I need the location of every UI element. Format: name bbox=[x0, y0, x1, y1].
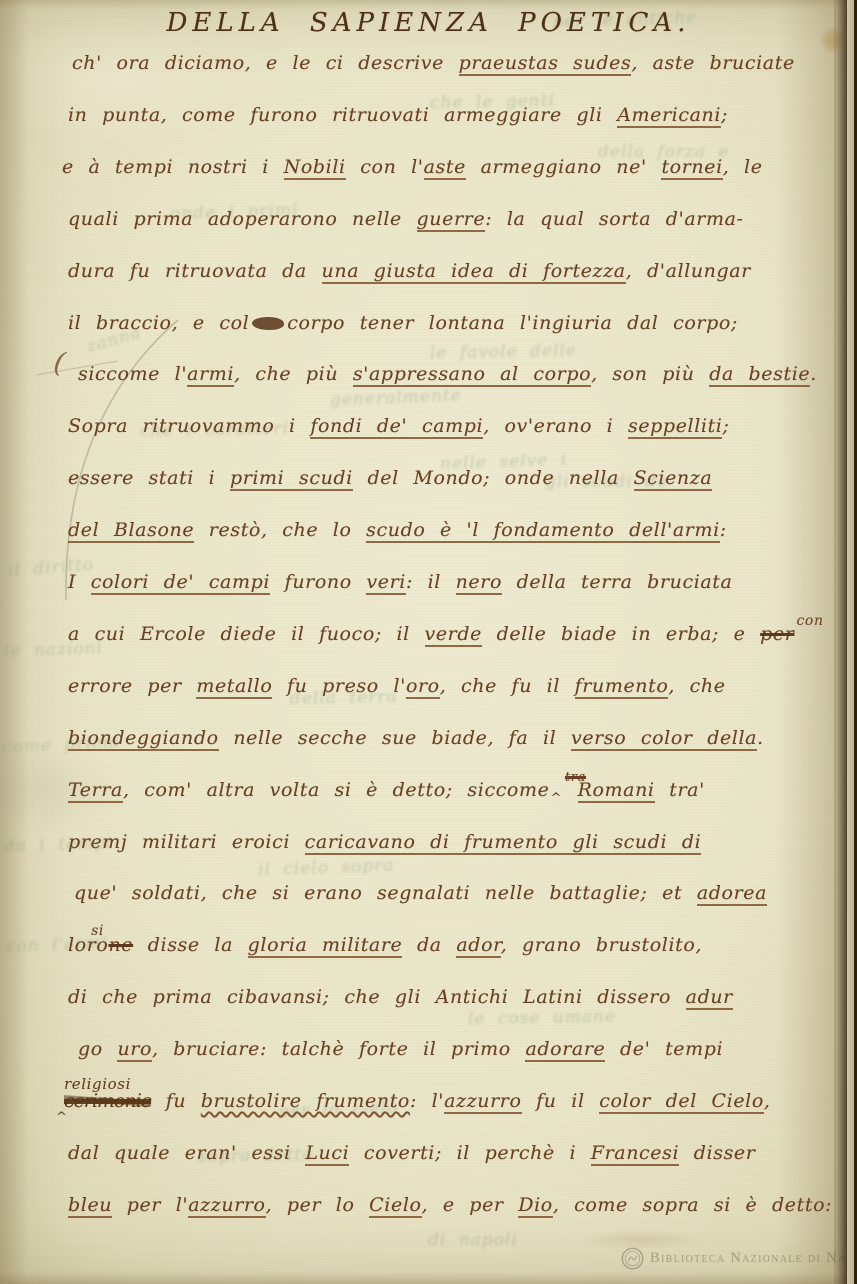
text-segment: armeggiano ne' bbox=[466, 156, 662, 178]
text-segment: una giusta idea di fortezza bbox=[322, 260, 626, 284]
text-segment: nelle secche sue biade, fa il bbox=[219, 727, 571, 749]
text-segment: a cui Ercole diede il fuoco; il bbox=[68, 623, 425, 645]
text-segment: dal quale eran' essi bbox=[68, 1142, 305, 1164]
text-segment: disse la bbox=[133, 934, 248, 956]
text-segment: colori de' campi bbox=[91, 571, 270, 595]
text-segment: Scienza bbox=[634, 467, 713, 491]
text-segment: furono bbox=[270, 571, 366, 593]
manuscript-line: a cui Ercole diede il fuoco; il verde de… bbox=[68, 623, 826, 645]
manuscript-line: go uro, bruciare: talchè forte il primo … bbox=[78, 1038, 723, 1060]
text-segment: , ov'erano i bbox=[483, 415, 628, 437]
text-segment: Francesi bbox=[591, 1142, 679, 1166]
text-segment: , son più bbox=[591, 363, 709, 385]
text-segment: il braccio, e col bbox=[68, 312, 249, 334]
text-segment: , com' altra volta si è detto; siccome bbox=[123, 779, 550, 801]
text-segment: color del Cielo bbox=[599, 1090, 764, 1114]
text-segment: del Blasone bbox=[68, 519, 194, 543]
text-segment: s'appressano al corpo bbox=[353, 363, 591, 387]
text-segment: Luci bbox=[305, 1142, 349, 1166]
manuscript-line: di che prima cibavansi; che gli Antichi … bbox=[68, 986, 733, 1008]
text-segment: per bbox=[760, 623, 794, 645]
text-segment: guerre bbox=[417, 208, 486, 232]
text-segment: da bestie bbox=[709, 363, 810, 387]
manuscript-line: Terra, com' altra volta si è detto; sicc… bbox=[68, 779, 705, 801]
text-segment: nero bbox=[456, 571, 502, 595]
text-segment: , come sopra si è detto: bbox=[553, 1194, 832, 1216]
text-segment: tornei bbox=[661, 156, 722, 180]
text-segment: Terra bbox=[68, 779, 123, 803]
manuscript-line: del Blasone restò, che lo scudo è 'l fon… bbox=[68, 519, 727, 541]
library-stamp-label: Biblioteca Nazionale di Napoli bbox=[650, 1250, 857, 1267]
text-segment: ch' ora diciamo, e le ci descrive bbox=[72, 52, 459, 74]
text-segment: , che bbox=[668, 675, 725, 697]
text-segment: fu preso l' bbox=[272, 675, 406, 697]
manuscript-line: que' soldati, che si erano segnalati nel… bbox=[74, 882, 767, 904]
text-segment: , le bbox=[723, 156, 763, 178]
text-segment: , grano brustolito, bbox=[501, 934, 702, 956]
text-segment: del Mondo; onde nella bbox=[353, 467, 634, 489]
text-segment: primi scudi bbox=[230, 467, 353, 491]
text-segment: di che prima cibavansi; che gli Antichi … bbox=[68, 986, 686, 1008]
text-segment: verso color della bbox=[571, 727, 757, 751]
text-segment: Dio bbox=[518, 1194, 553, 1218]
text-segment: verde bbox=[425, 623, 482, 647]
manuscript-line: ^religiosicerimonie fu brustolire frumen… bbox=[64, 1090, 771, 1112]
text-segment: que' soldati, che si erano segnalati nel… bbox=[74, 882, 697, 904]
text-segment: bleu bbox=[68, 1194, 112, 1218]
text-segment: fu il bbox=[522, 1090, 600, 1112]
text-segment: Americani bbox=[617, 104, 721, 128]
text-segment: con l' bbox=[346, 156, 424, 178]
text-segment: , bruciare: talchè forte il primo bbox=[152, 1038, 525, 1060]
text-segment: , bbox=[764, 1090, 771, 1112]
manuscript-line: biondeggiando nelle secche sue biade, fa… bbox=[68, 727, 764, 749]
manuscript-line: premj militari eroici caricavano di frum… bbox=[68, 831, 701, 853]
text-segment: adur bbox=[686, 986, 733, 1010]
text-segment: : la qual sorta d'arma- bbox=[485, 208, 743, 230]
manuscript-line: quali prima adoperarono nelle guerre: la… bbox=[68, 208, 744, 230]
text-segment: armi bbox=[187, 363, 234, 387]
text-segment: ador bbox=[456, 934, 500, 958]
text-segment: uro bbox=[117, 1038, 152, 1062]
text-segment: go bbox=[78, 1038, 117, 1060]
text-segment: oro bbox=[406, 675, 440, 699]
text-segment: aste bbox=[424, 156, 466, 180]
text-segment: adorare bbox=[525, 1038, 605, 1062]
text-segment: : bbox=[720, 519, 727, 541]
text-segment: ^ bbox=[550, 791, 562, 806]
text-segment: metallo bbox=[196, 675, 272, 699]
text-segment: ; bbox=[721, 104, 728, 126]
text-segment: quali prima adoperarono nelle bbox=[68, 208, 417, 230]
text-segment: , per lo bbox=[266, 1194, 370, 1216]
manuscript-body: ch' ora diciamo, e le ci descrive praeus… bbox=[0, 0, 857, 1284]
text-segment: Nobili bbox=[284, 156, 346, 180]
manuscript-line: essere stati i primi scudi del Mondo; on… bbox=[68, 467, 712, 489]
text-segment bbox=[252, 316, 284, 330]
library-seal-icon bbox=[621, 1247, 644, 1270]
text-segment: della terra bruciata bbox=[502, 571, 732, 593]
manuscript-line: loronesi disse la gloria militare da ado… bbox=[68, 934, 702, 956]
text-segment: : il bbox=[406, 571, 456, 593]
text-segment: , e per bbox=[422, 1194, 519, 1216]
text-segment: coverti; il perchè i bbox=[349, 1142, 591, 1164]
text-segment: seppelliti bbox=[628, 415, 723, 439]
manuscript-line: I colori de' campi furono veri: il nero … bbox=[68, 571, 732, 593]
text-segment: scudo è 'l fondamento dell'armi bbox=[366, 519, 720, 543]
manuscript-line: Sopra ritruovammo i fondi de' campi, ov'… bbox=[68, 415, 730, 437]
manuscript-line: dura fu ritruovata da una giusta idea di… bbox=[68, 260, 751, 282]
text-segment: in punta, come furono ritruovati armeggi… bbox=[68, 104, 617, 126]
manuscript-line: e à tempi nostri i Nobili con l'aste arm… bbox=[62, 156, 763, 178]
text-segment: de' tempi bbox=[605, 1038, 723, 1060]
text-segment: Romani bbox=[578, 779, 655, 803]
text-segment: . bbox=[810, 363, 817, 385]
text-segment: caricavano di frumento gli scudi di bbox=[305, 831, 702, 855]
text-segment: corpo tener lontana l'ingiuria dal corpo… bbox=[287, 312, 738, 334]
text-segment: premj militari eroici bbox=[68, 831, 305, 853]
text-segment: biondeggiando bbox=[68, 727, 219, 751]
text-segment: brustolire frumento bbox=[201, 1090, 410, 1112]
text-segment: praeustas sudes bbox=[459, 52, 632, 76]
text-segment: da bbox=[402, 934, 456, 956]
text-segment: . bbox=[757, 727, 764, 749]
text-segment: ; bbox=[722, 415, 729, 437]
manuscript-line: il braccio, e colcorpo tener lontana l'i… bbox=[68, 312, 738, 334]
text-segment: , aste bruciate bbox=[631, 52, 794, 74]
text-segment: adorea bbox=[697, 882, 767, 906]
text-segment: , che fu il bbox=[440, 675, 575, 697]
text-segment: , che più bbox=[234, 363, 353, 385]
text-segment: azzurro bbox=[444, 1090, 521, 1114]
text-segment: cerimonie bbox=[64, 1090, 151, 1112]
text-segment: tra' bbox=[655, 779, 705, 801]
text-segment: fondi de' campi bbox=[310, 415, 483, 439]
library-stamp: Biblioteca Nazionale di Napoli bbox=[621, 1245, 857, 1271]
text-segment: ne bbox=[108, 934, 133, 956]
manuscript-line: dal quale eran' essi Luci coverti; il pe… bbox=[68, 1142, 755, 1164]
text-segment: restò, che lo bbox=[194, 519, 366, 541]
text-segment: : l' bbox=[410, 1090, 444, 1112]
text-segment: I bbox=[68, 571, 91, 593]
text-segment: dura fu ritruovata da bbox=[68, 260, 322, 282]
text-segment: con bbox=[796, 613, 823, 629]
manuscript-page: per le anticheche le gentidella forza eo… bbox=[0, 0, 857, 1284]
text-segment: gloria militare bbox=[248, 934, 403, 958]
manuscript-line: bleu per l'azzurro, per lo Cielo, e per … bbox=[68, 1194, 832, 1216]
text-segment: frumento bbox=[575, 675, 669, 699]
text-segment: Sopra ritruovammo i bbox=[68, 415, 310, 437]
text-segment: azzurro bbox=[188, 1194, 265, 1218]
text-segment: fu bbox=[151, 1090, 201, 1112]
text-segment: per l' bbox=[112, 1194, 188, 1216]
text-segment: veri bbox=[366, 571, 406, 595]
manuscript-line: siccome l'armi, che più s'appressano al … bbox=[78, 363, 817, 385]
text-segment: Cielo bbox=[369, 1194, 421, 1218]
text-segment: e à tempi nostri i bbox=[62, 156, 284, 178]
text-segment: essere stati i bbox=[68, 467, 230, 489]
manuscript-line: ch' ora diciamo, e le ci descrive praeus… bbox=[72, 52, 795, 74]
text-segment: siccome l' bbox=[78, 363, 187, 385]
text-segment: disser bbox=[679, 1142, 755, 1164]
manuscript-line: in punta, come furono ritruovati armeggi… bbox=[68, 104, 728, 126]
text-segment: errore per bbox=[68, 675, 196, 697]
text-segment: , d'allungar bbox=[626, 260, 751, 282]
manuscript-line: errore per metallo fu preso l'oro, che f… bbox=[68, 675, 726, 697]
text-segment: delle biade in erba; e bbox=[482, 623, 760, 645]
